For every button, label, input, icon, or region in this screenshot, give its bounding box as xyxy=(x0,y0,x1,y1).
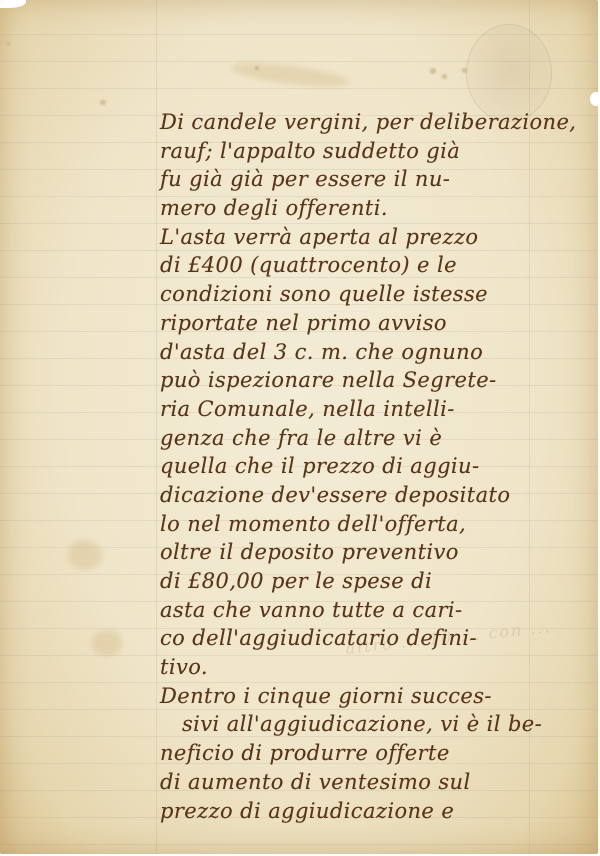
manuscript-line: dicazione dev'essere depositato xyxy=(160,481,580,510)
manuscript-line: ria Comunale, nella intelli- xyxy=(160,395,580,424)
manuscript-line: mero degli offerenti. xyxy=(160,194,580,223)
foxing-spot xyxy=(430,68,436,74)
manuscript-line: tivo. xyxy=(160,653,580,682)
manuscript-text: Di candele vergini, per deliberazione, r… xyxy=(160,108,580,825)
manuscript-line: co dell'aggiudicatario defini- xyxy=(160,624,580,653)
manuscript-line: Di candele vergini, per deliberazione, xyxy=(160,108,580,137)
foxing-spot xyxy=(462,68,467,73)
foxing-spot xyxy=(7,42,10,45)
manuscript-paragraph-start: Dentro i cinque giorni succes- xyxy=(160,682,580,711)
manuscript-line: sivi all'aggiudicazione, vi è il be- xyxy=(160,710,580,739)
manuscript-line: genza che fra le altre vi è xyxy=(160,424,580,453)
manuscript-line: asta che vanno tutte a cari- xyxy=(160,596,580,625)
foxing-spot xyxy=(255,66,259,70)
manuscript-page: altro ... 10 ... con ... Di candele verg… xyxy=(0,0,598,854)
manuscript-line: di £80,00 per le spese di xyxy=(160,567,580,596)
manuscript-line: d'asta del 3 c. m. che ognuno xyxy=(160,338,580,367)
manuscript-line: oltre il deposito preventivo xyxy=(160,538,580,567)
manuscript-line: condizioni sono quelle istesse xyxy=(160,280,580,309)
foxing-spot xyxy=(100,100,106,105)
manuscript-line: può ispezionare nella Segrete- xyxy=(160,366,580,395)
foxing-stain xyxy=(92,630,122,656)
manuscript-line: neficio di produrre offerte xyxy=(160,739,580,768)
foxing-spot xyxy=(442,74,447,79)
foxing-stain xyxy=(68,540,102,570)
manuscript-line: rauf; l'appalto suddetto già xyxy=(160,137,580,166)
left-margin-line xyxy=(156,0,157,854)
manuscript-line: fu già già per essere il nu- xyxy=(160,165,580,194)
manuscript-line: di aumento di ventesimo sul xyxy=(160,768,580,797)
manuscript-line: quella che il prezzo di aggiu- xyxy=(160,452,580,481)
manuscript-line: di £400 (quattrocento) e le xyxy=(160,251,580,280)
manuscript-line: lo nel momento dell'offerta, xyxy=(160,510,580,539)
edge-notch xyxy=(590,92,598,106)
manuscript-line: prezzo di aggiudicazione e xyxy=(160,797,580,826)
manuscript-line: L'asta verrà aperta al prezzo xyxy=(160,223,580,252)
manuscript-line: riportate nel primo avviso xyxy=(160,309,580,338)
